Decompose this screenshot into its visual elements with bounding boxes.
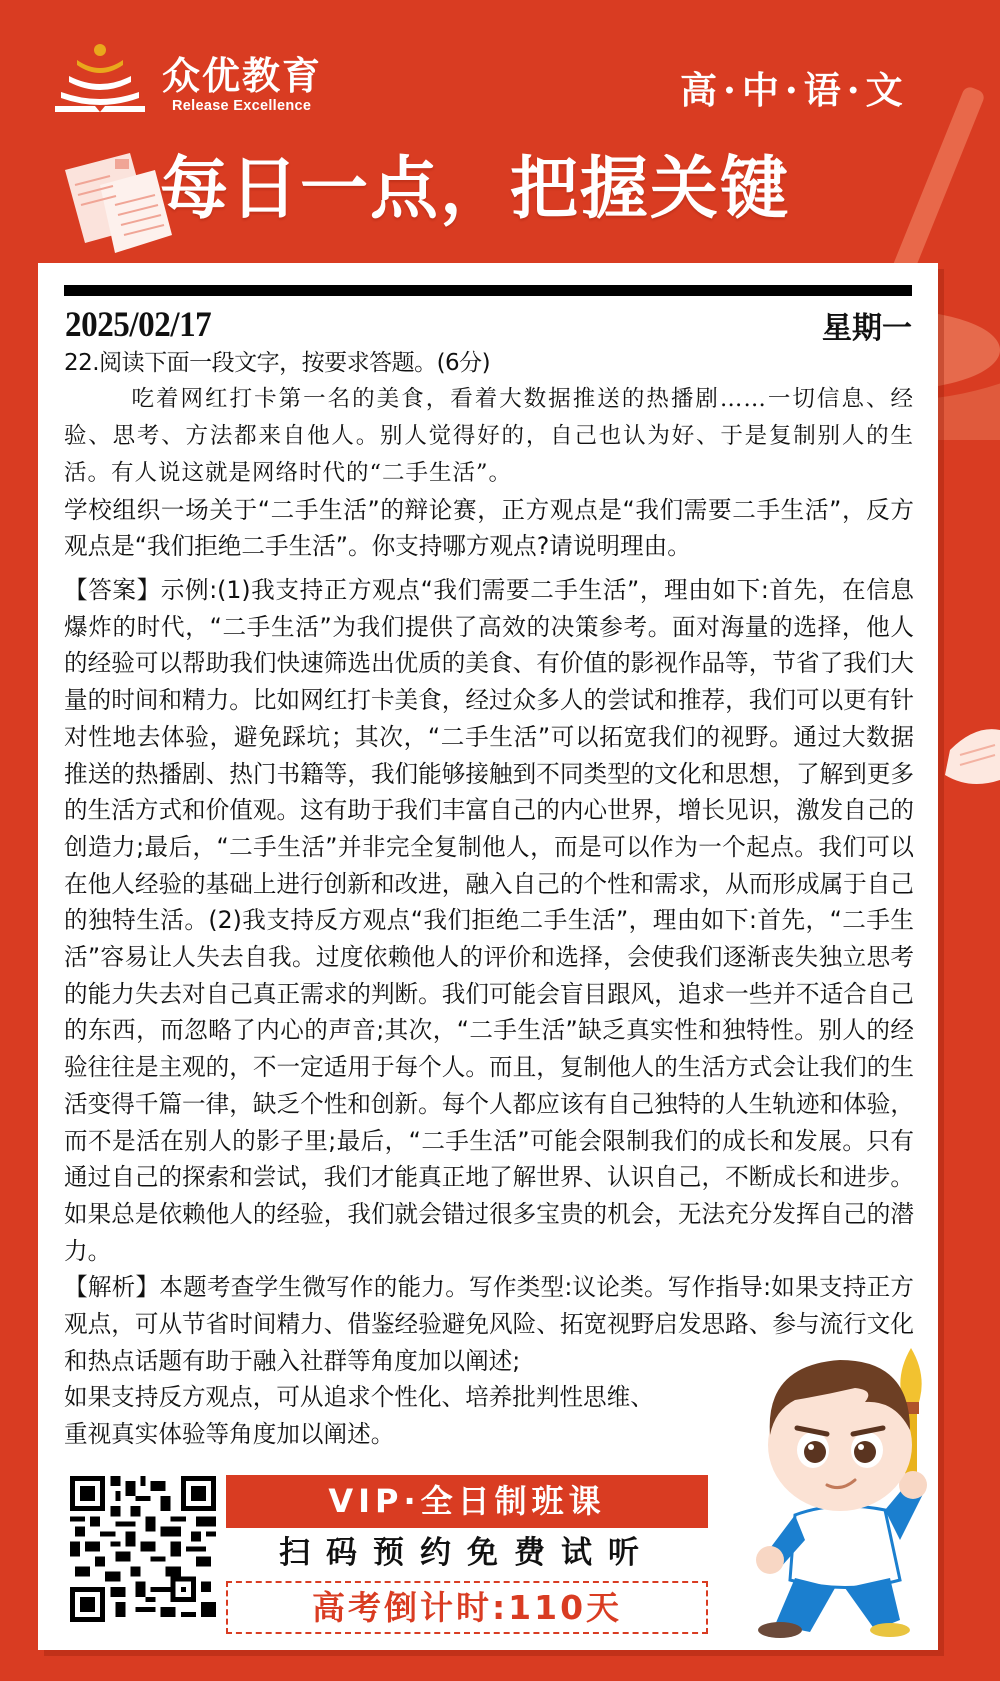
date-label: 2025/02/17 <box>65 303 211 345</box>
scan-booking-label: 扫码预约免费试听 <box>226 1531 708 1575</box>
qr-code[interactable] <box>70 1476 216 1622</box>
student-mascot-icon <box>735 1340 950 1640</box>
answer-text: 【答案】示例:(1)我支持正方观点“我们需要二手生活”，理由如下:首先，在信息爆… <box>64 572 914 1269</box>
question-prompt: 学校组织一场关于“二手生活”的辩论赛，正方观点是“我们需要二手生活”，反方观点是… <box>64 492 914 564</box>
question-content: 22.阅读下面一段文字，按要求答题。(6分) 吃着网红打卡第一名的美食，看着大数… <box>64 345 914 1453</box>
brand-tagline: Release Excellence <box>172 98 311 114</box>
slogan-title: 每日一点，把握关键 <box>160 150 790 230</box>
decorative-note-icon <box>940 720 1000 790</box>
analysis-line-3: 重视真实体验等角度加以阐述。 <box>64 1416 704 1453</box>
top-rule-divider <box>64 285 912 296</box>
subject-title: 高·中·语·文 <box>680 60 909 114</box>
exam-countdown: 高考倒计时:110天 <box>226 1581 708 1634</box>
brand-name: 众优教育 <box>162 56 322 96</box>
vip-course-banner[interactable]: VIP·全日制班课 <box>226 1475 708 1528</box>
brand-logo-icon <box>55 42 145 114</box>
exam-papers-icon <box>60 145 175 255</box>
weekday-label: 星期一 <box>822 303 912 347</box>
reading-passage: 吃着网红打卡第一名的美食，看着大数据推送的热播剧……一切信息、经验、思考、方法都… <box>64 381 914 492</box>
analysis-line-2: 如果支持反方观点，可从追求个性化、培养批判性思维、 <box>64 1379 704 1416</box>
question-title: 22.阅读下面一段文字，按要求答题。(6分) <box>64 345 914 381</box>
